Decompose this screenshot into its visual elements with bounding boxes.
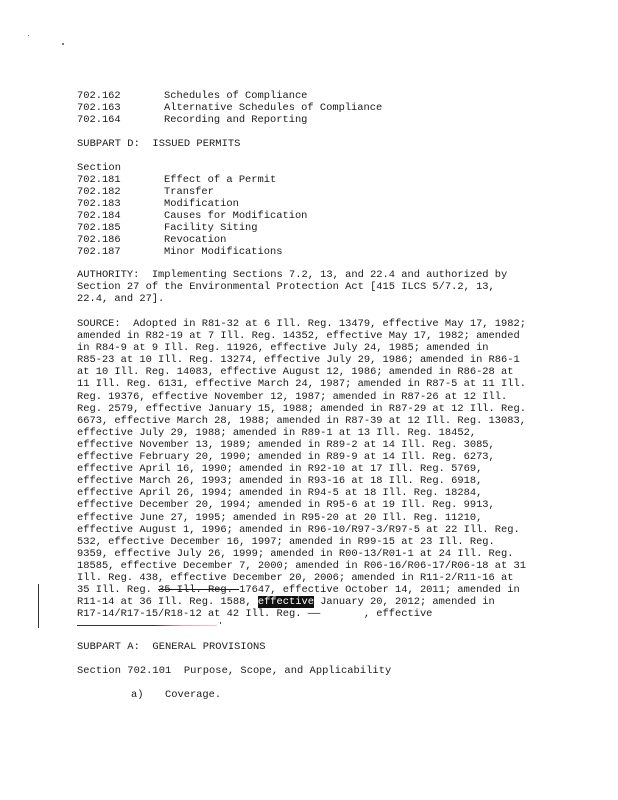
toc-entry: 702.164Recording and Reporting [77, 114, 307, 126]
toc-title: Minor Modifications [164, 246, 282, 258]
item-label: a) [131, 689, 165, 701]
source-line: effective December 20, 1994; amended in … [77, 499, 547, 511]
source-line: amended in R82-19 at 7 Ill. Reg. 14352, … [77, 330, 547, 342]
source-line: at 10 Ill. Reg. 14083, effective August … [77, 366, 547, 378]
toc-entry: 702.186Revocation [77, 234, 226, 246]
authority-line: Section 27 of the Environmental Protecti… [77, 281, 547, 293]
source-line: Reg. 2579, effective January 15, 1988; a… [77, 403, 547, 415]
source-line: effective August 1, 1996; amended in R96… [77, 524, 547, 536]
toc-entry: 702.187Minor Modifications [77, 246, 282, 258]
toc-title: Schedules of Compliance [164, 90, 307, 102]
source-line: 9359, effective July 26, 1999; amended i… [77, 548, 547, 560]
toc-number: 702.185 [77, 222, 164, 234]
toc-title: Transfer [164, 186, 214, 198]
source-line: SOURCE: Adopted in R81-32 at 6 Ill. Reg.… [77, 318, 547, 330]
toc-entry: 702.184Causes for Modification [77, 210, 307, 222]
source-line: effective February 20, 1990; amended in … [77, 451, 547, 463]
source-line: 35 Ill. Reg. 35 Ill. Reg. 17647, effecti… [77, 584, 547, 596]
scan-speck [28, 35, 29, 36]
authority-line: 22.4, and 27]. [77, 293, 547, 305]
item-text: Coverage. [165, 689, 221, 701]
toc-title: Effect of a Permit [164, 174, 276, 186]
subpart-d-heading: SUBPART D: ISSUED PERMITS [77, 138, 240, 150]
toc-title: Facility Siting [164, 222, 258, 234]
toc-entry: 702.183Modification [77, 198, 239, 210]
source-line: 532, effective December 16, 1997; amende… [77, 536, 547, 548]
toc-title: Modification [164, 198, 239, 210]
source-line: effective March 26, 1993; amended in R93… [77, 475, 547, 487]
source-line: R11-14 at 36 Ill. Reg. 1588, effective J… [77, 596, 547, 608]
authority-note: AUTHORITY: Implementing Sections 7.2, 13… [77, 269, 547, 305]
toc-number: 702.182 [77, 186, 164, 198]
toc-number: 702.183 [77, 198, 164, 210]
section-label: Section [77, 162, 121, 174]
source-line: R17-14/R17-15/R18-12 at 42 Ill. Reg. —— … [77, 608, 547, 620]
toc-title: Causes for Modification [164, 210, 307, 222]
source-text: January 20, 2012; amended in [314, 596, 495, 608]
toc-number: 702.163 [77, 102, 164, 114]
source-line: R85-23 at 10 Ill. Reg. 13274, effective … [77, 354, 547, 366]
source-line: Reg. 19376, effective November 12, 1987;… [77, 391, 547, 403]
toc-entry: 702.162Schedules of Compliance [77, 90, 307, 102]
source-line: effective November 13, 1989; amended in … [77, 439, 547, 451]
toc-entry: 702.181Effect of a Permit [77, 174, 276, 186]
source-line: 11 Ill. Reg. 6131, effective March 24, 1… [77, 378, 547, 390]
source-line: 6673, effective March 28, 1988; amended … [77, 415, 547, 427]
authority-line: AUTHORITY: Implementing Sections 7.2, 13… [77, 269, 547, 281]
change-bar [38, 584, 39, 628]
source-text: 17647, effective October 14, 2011; amend… [239, 584, 520, 596]
item-a: a)Coverage. [131, 689, 221, 701]
toc-number: 702.184 [77, 210, 164, 222]
toc-entry: 702.163Alternative Schedules of Complian… [77, 102, 382, 114]
period-mark [220, 622, 221, 624]
toc-title: Recording and Reporting [164, 114, 307, 126]
source-line: 18585, effective December 7, 2000; amend… [77, 560, 547, 572]
source-line: effective July 29, 1988; amended in R89-… [77, 427, 547, 439]
section-heading: Section 702.101 Purpose, Scope, and Appl… [77, 665, 391, 677]
source-text: 35 Ill. Reg. [77, 584, 158, 596]
toc-title: Alternative Schedules of Compliance [164, 102, 382, 114]
source-text: R11-14 at 36 Ill. Reg. 1588, [77, 596, 258, 608]
source-line: Ill. Reg. 438, effective December 20, 20… [77, 572, 547, 584]
toc-title: Revocation [164, 234, 226, 246]
source-line: in R84-9 at 9 Ill. Reg. 11926, effective… [77, 342, 547, 354]
source-line: effective April 26, 1994; amended in R94… [77, 487, 547, 499]
strikethrough-text: 35 Ill. Reg. [158, 584, 239, 596]
toc-number: 702.181 [77, 174, 164, 186]
blank-fill-line [77, 625, 217, 626]
highlighted-text: effective [258, 596, 314, 608]
source-note: SOURCE: Adopted in R81-32 at 6 Ill. Reg.… [77, 318, 547, 620]
scan-speck [62, 43, 64, 45]
toc-number: 702.164 [77, 114, 164, 126]
source-line: effective June 27, 1995; amended in R95-… [77, 512, 547, 524]
toc-entry: 702.185Facility Siting [77, 222, 258, 234]
document-page: 702.162Schedules of Compliance 702.163Al… [0, 0, 618, 800]
toc-number: 702.186 [77, 234, 164, 246]
toc-number: 702.187 [77, 246, 164, 258]
source-line: effective April 16, 1990; amended in R92… [77, 463, 547, 475]
toc-entry: 702.182Transfer [77, 186, 214, 198]
toc-number: 702.162 [77, 90, 164, 102]
subpart-a-heading: SUBPART A: GENERAL PROVISIONS [77, 641, 266, 653]
